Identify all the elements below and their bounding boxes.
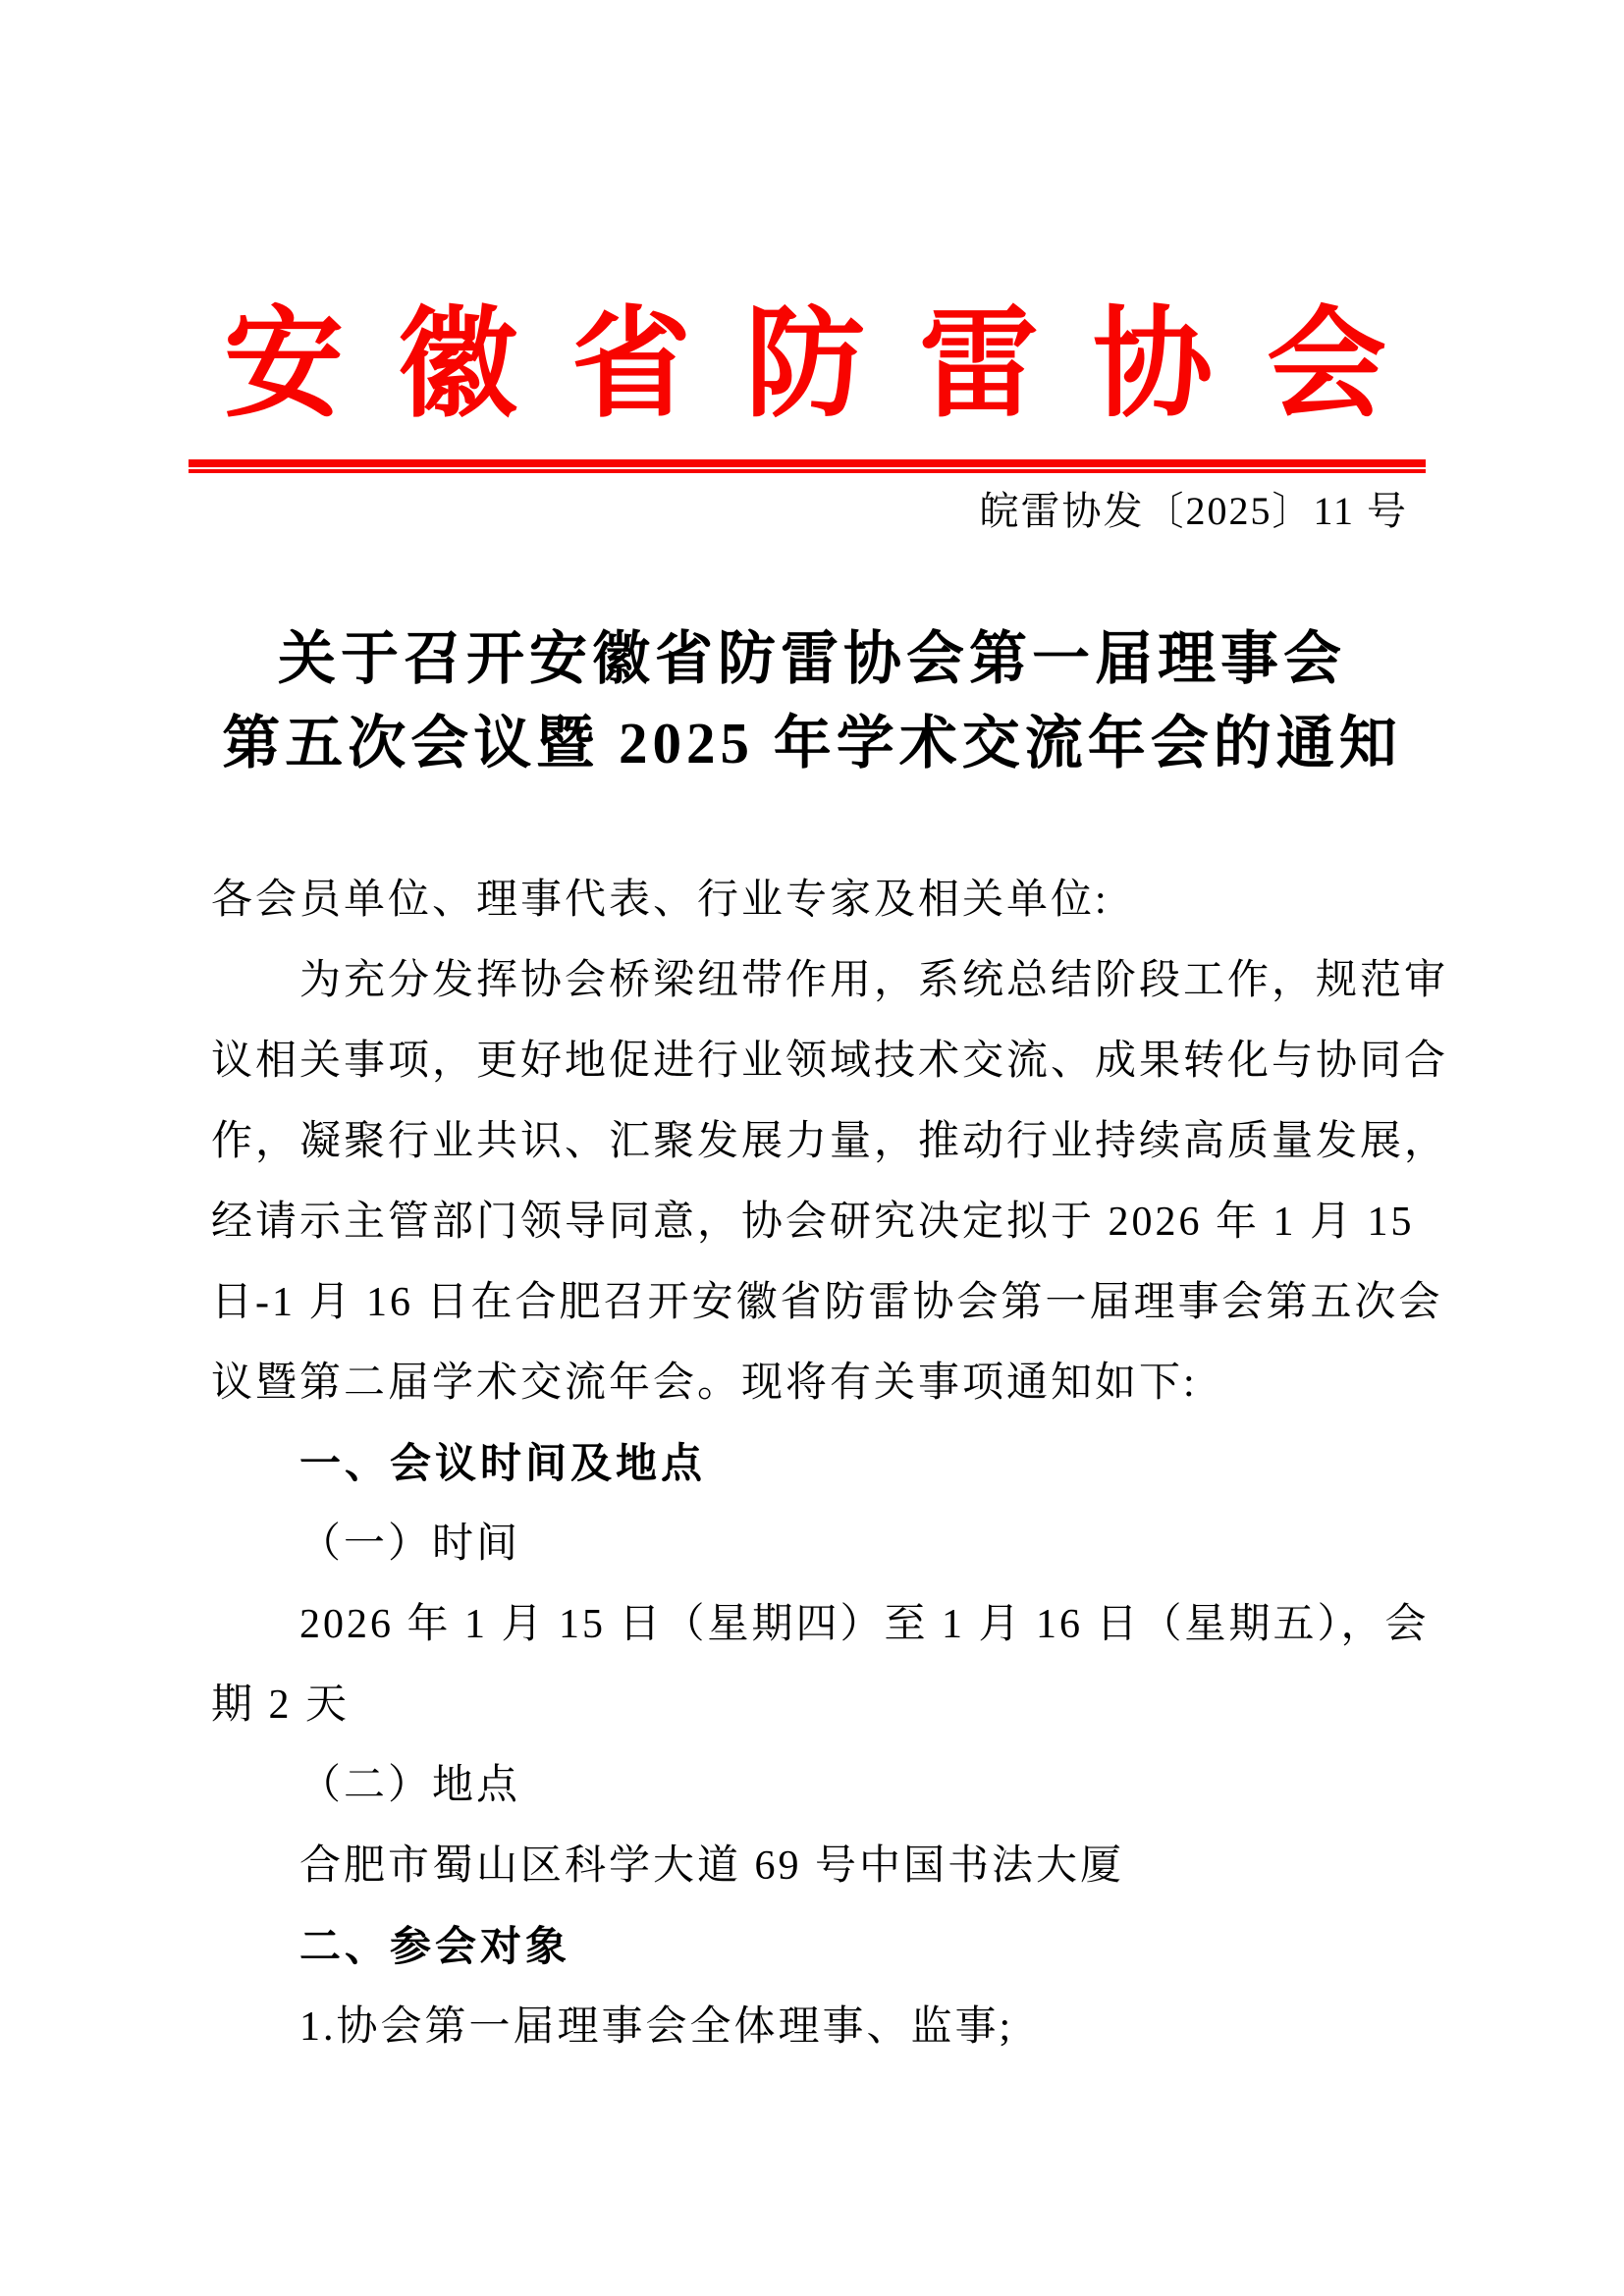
body-line: （一）时间 <box>211 1504 1488 1584</box>
notice-title-line-2: 第五次会议暨 2025 年学术交流年会的通知 <box>0 701 1624 785</box>
section-heading: 一、会议时间及地点 <box>211 1423 1488 1504</box>
body-line: 合肥市蜀山区科学大道 69 号中国书法大厦 <box>211 1826 1488 1906</box>
document-page: 安徽省防雷协会 皖雷协发〔2025〕11 号 关于召开安徽省防雷协会第一届理事会… <box>0 0 1624 2296</box>
body-line: 议暨第二届学术交流年会。现将有关事项通知如下: <box>211 1343 1488 1423</box>
body-line: 作，凝聚行业共识、汇聚发展力量，推动行业持续高质量发展， <box>211 1101 1488 1182</box>
divider-bar-thin <box>189 469 1426 473</box>
body-line: 2026 年 1 月 15 日（星期四）至 1 月 16 日（星期五），会 <box>211 1584 1488 1665</box>
body-line: 1.协会第一届理事会全体理事、监事; <box>211 1987 1488 2067</box>
body-line: 各会员单位、理事代表、行业专家及相关单位: <box>211 860 1488 940</box>
notice-title-line-1: 关于召开安徽省防雷协会第一届理事会 <box>0 616 1624 701</box>
body-line: 期 2 天 <box>211 1665 1488 1745</box>
body-line: 日-1 月 16 日在合肥召开安徽省防雷协会第一届理事会第五次会 <box>211 1262 1488 1343</box>
doc-reference-number: 皖雷协发〔2025〕11 号 <box>979 488 1408 535</box>
notice-title: 关于召开安徽省防雷协会第一届理事会 第五次会议暨 2025 年学术交流年会的通知 <box>0 616 1624 785</box>
document-body: 各会员单位、理事代表、行业专家及相关单位:为充分发挥协会桥梁纽带作用，系统总结阶… <box>211 860 1488 2067</box>
body-line: 经请示主管部门领导同意，协会研究决定拟于 2026 年 1 月 15 <box>211 1182 1488 1262</box>
body-line: 议相关事项，更好地促进行业领域技术交流、成果转化与协同合 <box>211 1021 1488 1101</box>
letterhead-org-name: 安徽省防雷协会 <box>224 300 1440 432</box>
letterhead-red-divider <box>189 459 1426 473</box>
body-line: 为充分发挥协会桥梁纽带作用，系统总结阶段工作，规范审 <box>211 940 1488 1021</box>
body-line: （二）地点 <box>211 1745 1488 1826</box>
section-heading: 二、参会对象 <box>211 1906 1488 1987</box>
divider-bar-thick <box>189 459 1426 467</box>
